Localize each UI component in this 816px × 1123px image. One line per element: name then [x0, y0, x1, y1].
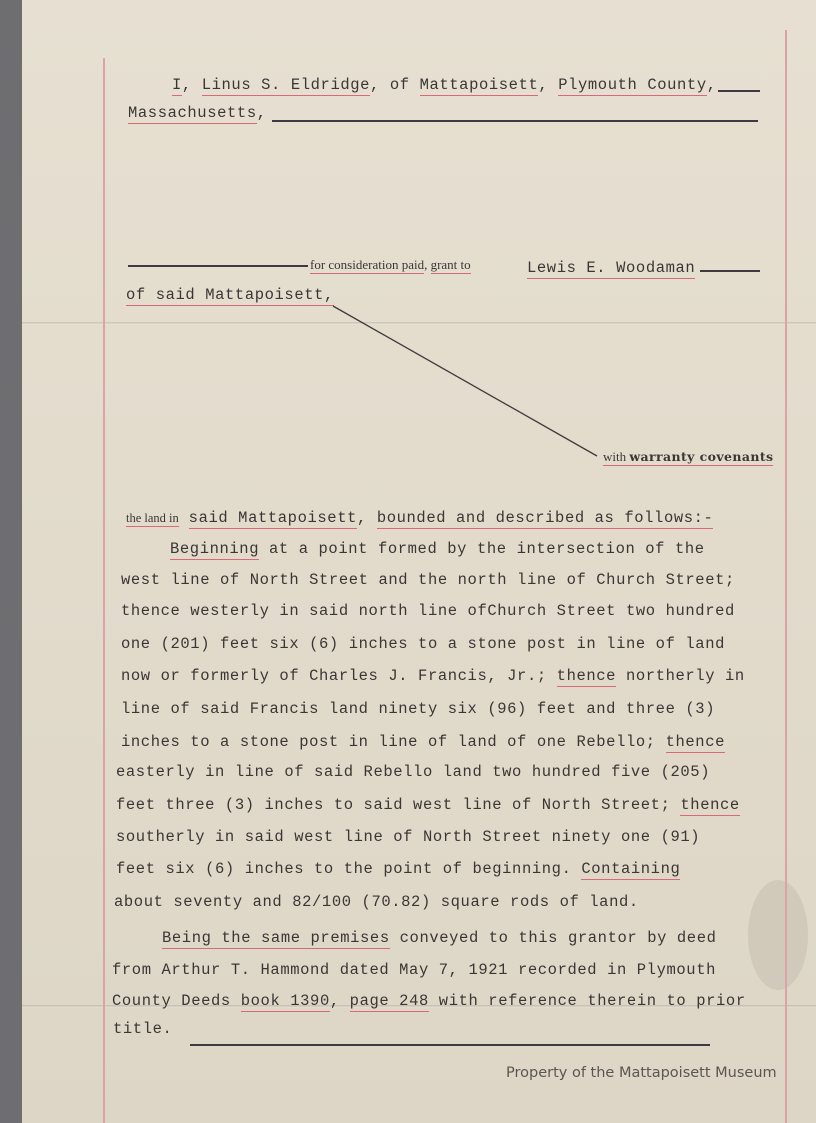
description-line: inches to a stone post in line of land o… [121, 733, 725, 751]
description-line: thence westerly in said north line ofChu… [121, 602, 735, 620]
description-line: feet six (6) inches to the point of begi… [116, 860, 680, 878]
land-line: the land in said Mattapoisett, bounded a… [126, 509, 713, 527]
description-line: now or formerly of Charles J. Francis, J… [121, 667, 745, 685]
museum-watermark: Property of the Mattapoisett Museum [506, 1065, 777, 1081]
description-line: southerly in said west line of North Str… [116, 828, 700, 846]
prior-title-line: Being the same premises conveyed to this… [162, 929, 717, 947]
description-line: Beginning at a point formed by the inter… [170, 540, 705, 558]
description-line: line of said Francis land ninety six (96… [121, 700, 715, 718]
description-line: feet three (3) inches to said west line … [116, 796, 740, 814]
description-line: one (201) feet six (6) inches to a stone… [121, 635, 725, 653]
prior-title-line: title. [113, 1020, 172, 1038]
prior-title-line: from Arthur T. Hammond dated May 7, 1921… [112, 961, 716, 979]
diagonal-strike-line [0, 0, 816, 1123]
description-line: easterly in line of said Rebello land tw… [116, 763, 710, 781]
description-line: about seventy and 82/100 (70.82) square … [114, 893, 639, 911]
warranty-covenants: warranty covenants [629, 449, 773, 464]
description-line: west line of North Street and the north … [121, 571, 735, 589]
covenants-clause: with warranty covenants [603, 449, 773, 465]
closing-rule [190, 1044, 710, 1046]
prior-title-line: County Deeds book 1390, page 248 with re… [112, 992, 746, 1010]
